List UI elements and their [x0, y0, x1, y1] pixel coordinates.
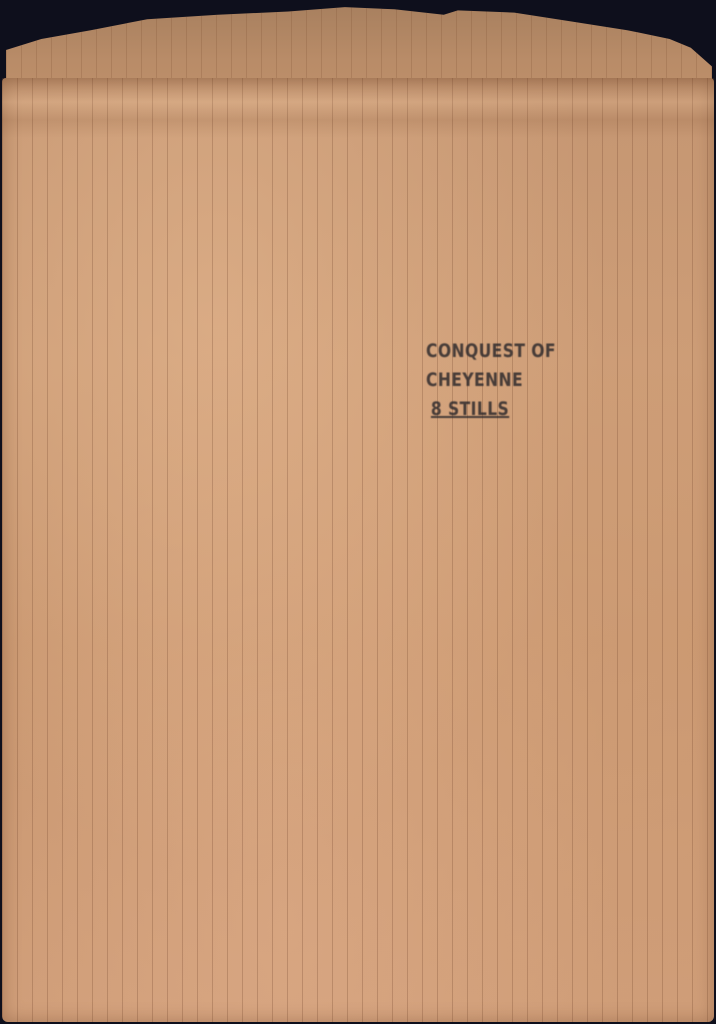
stamp-line-title: CONQUEST OF: [426, 337, 556, 366]
rubber-stamp-label: CONQUEST OF CHEYENNE 8 STILLS: [426, 337, 556, 424]
envelope-front: [2, 78, 714, 1022]
stamp-line-count: 8 STILLS: [426, 395, 556, 424]
envelope-top-fold: [2, 78, 714, 138]
stamp-line-subtitle: CHEYENNE: [426, 366, 556, 395]
envelope: CONQUEST OF CHEYENNE 8 STILLS: [2, 0, 714, 1022]
